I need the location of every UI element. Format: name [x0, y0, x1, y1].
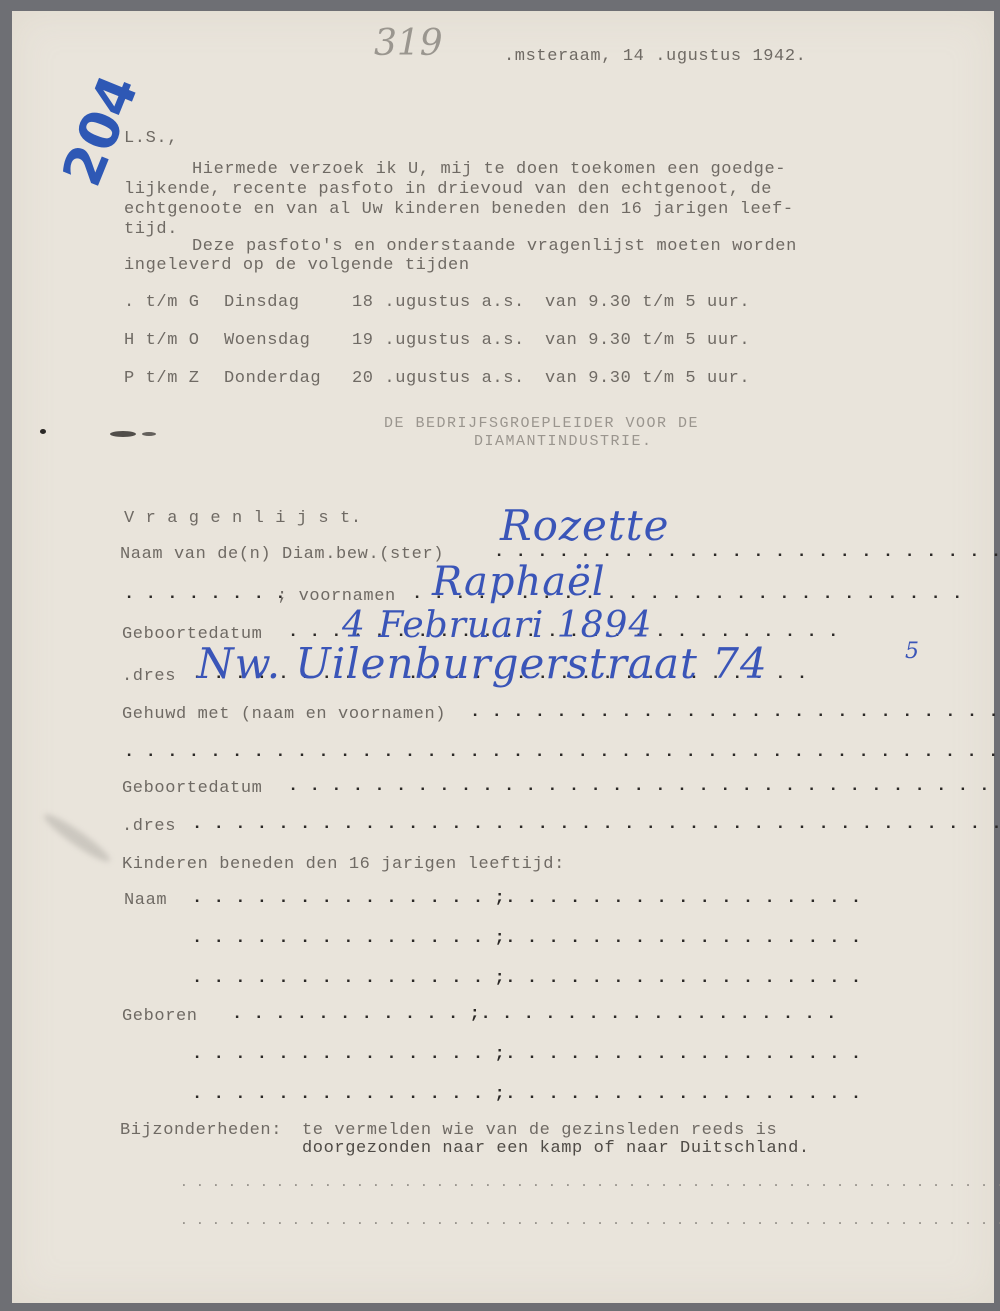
schedule-date: 20 .ugustus a.s.: [352, 369, 525, 389]
spouse-geboortedatum-label: Geboortedatum: [122, 779, 262, 799]
gehuwd-dotted-line2: . . . . . . . . . . . . . . . . . . . . …: [124, 743, 1000, 762]
paragraph1-line2: lijkende, recente pasfoto in drievoud va…: [124, 180, 772, 200]
kind-geboren-dotted-line: . . . . . . . . . . . . . . ;. . . . . .…: [192, 1085, 862, 1104]
signature-line1: DE BEDRIJFSGROEPLEIDER VOOR DE: [384, 415, 699, 432]
paragraph2-line2: ingeleverd op de volgende tijden: [124, 256, 470, 276]
kind-naam-label: Naam: [124, 891, 167, 911]
ink-smudge: [110, 431, 136, 437]
voornamen-handwritten: Raphaël: [432, 559, 606, 605]
paragraph1-line1: Hiermede verzoek ik U, mij te doen toeko…: [192, 160, 786, 180]
pencil-number: 319: [374, 23, 443, 64]
document-page: 204 319 .msteraam, 14 .ugustus 1942. L.S…: [12, 11, 994, 1303]
paragraph1-line4: tijd.: [124, 220, 178, 240]
naam-label: Naam van de(n) Diam.bew.(ster): [120, 545, 444, 565]
kind-geboren-dotted-line: . . . . . . . . . . . . . . ;. . . . . .…: [192, 1045, 862, 1064]
bijzonderheden-dotted-line: . . . . . . . . . . . . . . . . . . . . …: [180, 1175, 1000, 1190]
schedule-day: Woensdag: [224, 331, 310, 351]
salutation: L.S.,: [124, 129, 178, 149]
kind-naam-dotted-line: . . . . . . . . . . . . . . ;. . . . . .…: [192, 929, 862, 948]
adres-label: .dres: [122, 667, 176, 687]
adres-handwritten: Nw. Uilenburgerstraat 74: [197, 639, 768, 688]
bijzonderheden-label: Bijzonderheden:: [120, 1121, 282, 1141]
bijzonderheden-line2: doorgezonden naar een kamp of naar Duits…: [302, 1139, 810, 1159]
spouse-adres-label: .dres: [122, 817, 176, 837]
schedule-time: van 9.30 t/m 5 uur.: [545, 293, 750, 313]
ink-smudge: [142, 432, 156, 436]
paragraph2-line1: Deze pasfoto's en onderstaande vragenlij…: [192, 237, 797, 257]
schedule-day: Donderdag: [224, 369, 321, 389]
signature-line2: DIAMANTINDUSTRIE.: [474, 433, 653, 450]
kind-naam-dotted-line: . . . . . . . . . . . . . . ;. . . . . .…: [192, 969, 862, 988]
bijzonderheden-dotted-line: . . . . . . . . . . . . . . . . . . . . …: [180, 1213, 1000, 1228]
kind-naam-dotted-line: . . . . . . . . . . . . . . ;. . . . . .…: [192, 889, 862, 908]
schedule-range: H t/m O: [124, 331, 200, 351]
schedule-date: 18 .ugustus a.s.: [352, 293, 525, 313]
bijzonderheden-line1: te vermelden wie van de gezinsleden reed…: [302, 1121, 777, 1141]
schedule-day: Dinsdag: [224, 293, 300, 313]
kind-geboren-label: Geboren: [122, 1007, 198, 1027]
schedule-range: . t/m G: [124, 293, 200, 313]
kind-geboren-dotted-line: . . . . . . . . . . . ;. . . . . . . . .…: [232, 1005, 837, 1024]
ink-smudge: [40, 429, 46, 434]
gehuwd-dotted-line: . . . . . . . . . . . . . . . . . . . . …: [470, 703, 999, 722]
spouse-geboortedatum-dotted-line: . . . . . . . . . . . . . . . . . . . . …: [288, 777, 1000, 796]
paragraph1-line3: echtgenoote en van al Uw kinderen benede…: [124, 200, 794, 220]
adres-suffix-handwritten: 5: [905, 639, 920, 664]
kinderen-label: Kinderen beneden den 16 jarigen leeftijd…: [122, 855, 565, 875]
naam-handwritten: Rozette: [500, 501, 670, 550]
schedule-date: 19 .ugustus a.s.: [352, 331, 525, 351]
schedule-time: van 9.30 t/m 5 uur.: [545, 331, 750, 351]
voornamen-prefix-dots: . . . . . . . .: [124, 585, 286, 604]
spouse-adres-dotted-line: . . . . . . . . . . . . . . . . . . . . …: [192, 815, 1000, 834]
form-title: V r a g e n l i j s t.: [124, 509, 362, 529]
pencil-scuff: [40, 809, 114, 866]
schedule-time: van 9.30 t/m 5 uur.: [545, 369, 750, 389]
place-date: .msteraam, 14 .ugustus 1942.: [504, 47, 806, 67]
schedule-range: P t/m Z: [124, 369, 200, 389]
voornamen-label: ; voornamen: [277, 587, 396, 607]
gehuwd-label: Gehuwd met (naam en voornamen): [122, 705, 446, 725]
